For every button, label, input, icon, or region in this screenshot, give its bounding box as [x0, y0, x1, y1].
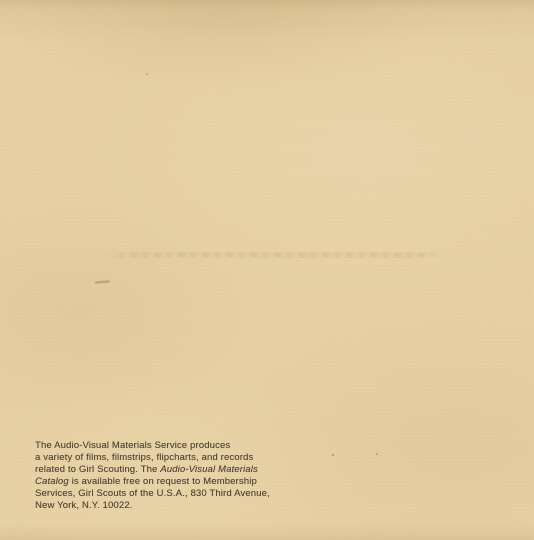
imprint-text-segment: related to Girl Scouting. The — [35, 464, 160, 475]
pencil-mark — [95, 280, 110, 283]
imprint-text-segment: is available free on request to Membersh… — [69, 476, 257, 487]
imprint-line: related to Girl Scouting. The Audio-Visu… — [35, 464, 335, 476]
imprint-line: New York, N.Y. 10022. — [35, 500, 335, 512]
imprint-text-segment: The Audio-Visual Materials Service produ… — [35, 440, 230, 451]
imprint-line: a variety of films, filmstrips, flipchar… — [35, 452, 335, 464]
imprint-text-segment: Services, Girl Scouts of the U.S.A., 830… — [35, 488, 270, 499]
imprint-text-segment: a variety of films, filmstrips, flipchar… — [35, 452, 253, 463]
imprint-title-segment: Catalog — [35, 476, 69, 487]
imprint-text-segment: New York, N.Y. 10022. — [35, 500, 133, 511]
publisher-imprint: The Audio-Visual Materials Service produ… — [35, 440, 335, 512]
bleed-through-text-smudge — [106, 252, 444, 258]
imprint-title-segment: Audio-Visual Materials — [160, 464, 258, 475]
scanned-page: The Audio-Visual Materials Service produ… — [0, 0, 534, 540]
imprint-line: Catalog is available free on request to … — [35, 476, 335, 488]
imprint-line: Services, Girl Scouts of the U.S.A., 830… — [35, 488, 335, 500]
imprint-line: The Audio-Visual Materials Service produ… — [35, 440, 335, 452]
